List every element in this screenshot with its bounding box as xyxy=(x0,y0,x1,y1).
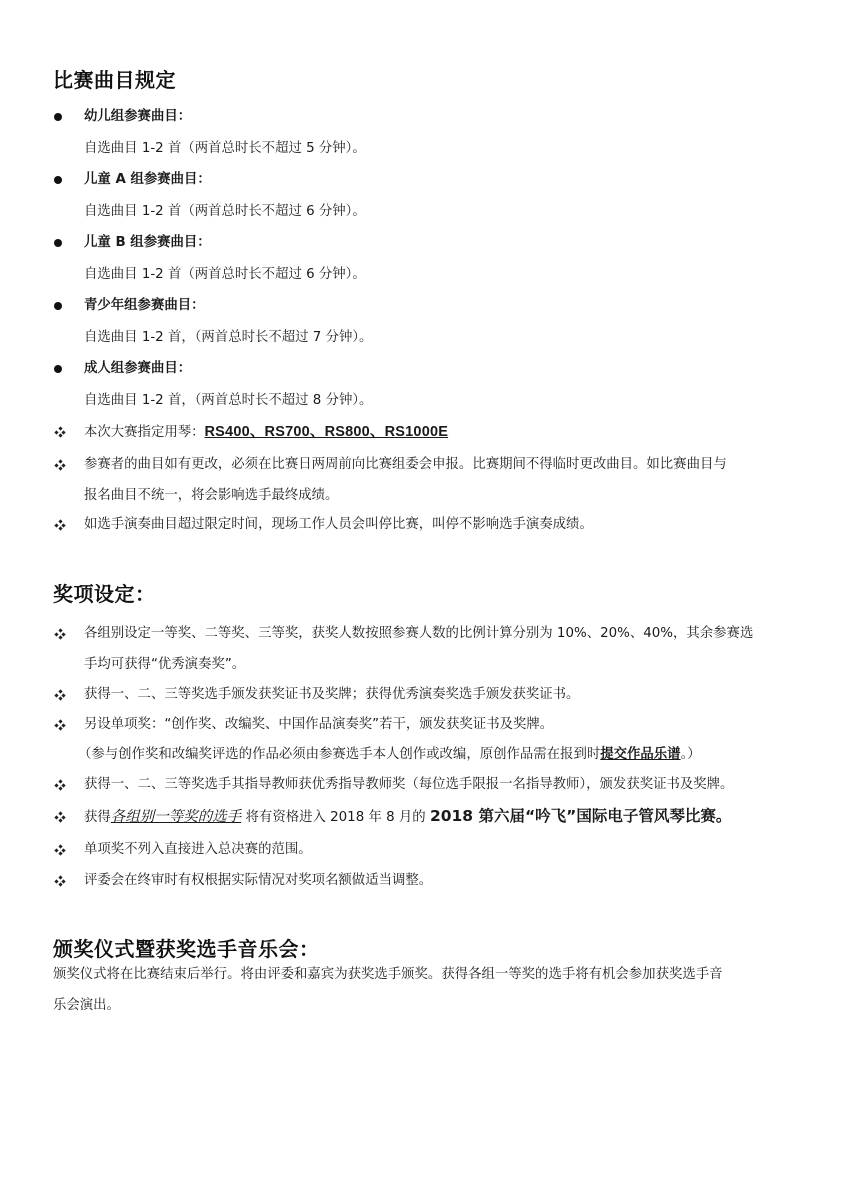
advance-emphasis: 各组别一等奖的选手 xyxy=(111,809,242,825)
bullet-dot-icon xyxy=(54,113,62,121)
bullet-dot-icon xyxy=(54,302,62,310)
group-rule-youth: 自选曲目 1-2 首，（两首总时长不超过 7 分钟）。 xyxy=(84,329,372,347)
group-label-children-a: 儿童 A 组参赛曲目： xyxy=(84,171,211,189)
award-no-direct: 单项奖不列入直接进入总决赛的范围。 xyxy=(84,841,312,859)
instrument-note: 本次大赛指定用琴：RS400、RS700、RS800、RS1000E xyxy=(84,423,448,442)
group-rule-adult: 自选曲目 1-2 首，（两首总时长不超过 8 分钟）。 xyxy=(84,392,372,410)
change-note-line2: 报名曲目不统一，将会影响选手最终成绩。 xyxy=(84,487,338,505)
group-label-adult: 成人组参赛曲目： xyxy=(84,360,191,378)
ceremony-line1: 颁奖仪式将在比赛结束后举行。将由评委和嘉宾为获奖选手颁奖。获得各组一等奖的选手将… xyxy=(53,966,723,984)
bullet-diamond-icon xyxy=(55,812,65,822)
section-title-repertoire: 比赛曲目规定 xyxy=(53,64,176,93)
group-rule-children-b: 自选曲目 1-2 首（两首总时长不超过 6 分钟）。 xyxy=(84,266,366,284)
bullet-diamond-icon xyxy=(55,845,65,855)
bullet-diamond-icon xyxy=(55,780,65,790)
section-title-awards: 奖项设定： xyxy=(53,578,156,607)
bullet-dot-icon xyxy=(54,365,62,373)
bullet-diamond-icon xyxy=(55,427,65,437)
award-ratio-line1: 各组别设定一等奖、二等奖、三等奖，获奖人数按照参赛人数的比例计算分别为 10%、… xyxy=(84,625,753,643)
overtime-note: 如选手演奏曲目超过限定时间，现场工作人员会叫停比赛，叫停不影响选手演奏成绩。 xyxy=(84,516,593,534)
bullet-dot-icon xyxy=(54,176,62,184)
award-adjust: 评委会在终审时有权根据实际情况对奖项名额做适当调整。 xyxy=(84,872,432,890)
bullet-diamond-icon xyxy=(55,520,65,530)
group-rule-preschool: 自选曲目 1-2 首（两首总时长不超过 5 分钟）。 xyxy=(84,140,366,158)
award-ratio-line2: 手均可获得“优秀演奏奖”。 xyxy=(84,656,245,674)
bullet-diamond-icon xyxy=(55,690,65,700)
special-note-suffix: 。） xyxy=(681,747,701,762)
group-label-children-b: 儿童 B 组参赛曲目： xyxy=(84,234,211,252)
award-certificates: 获得一、二、三等奖选手颁发获奖证书及奖牌；获得优秀演奏奖选手颁发获奖证书。 xyxy=(84,686,579,704)
group-label-preschool: 幼儿组参赛曲目： xyxy=(84,108,191,126)
section-title-ceremony: 颁奖仪式暨获奖选手音乐会： xyxy=(53,933,320,962)
bullet-diamond-icon xyxy=(55,460,65,470)
bullet-dot-icon xyxy=(54,239,62,247)
special-note-prefix: （参与创作奖和改编奖评选的作品必须由参赛选手本人创作或改编，原创作品需在报到时 xyxy=(78,747,600,762)
instrument-prefix: 本次大赛指定用琴： xyxy=(84,425,205,440)
group-label-youth: 青少年组参赛曲目： xyxy=(84,297,205,315)
award-special: 另设单项奖：“创作奖、改编奖、中国作品演奏奖”若干，颁发获奖证书及奖牌。 xyxy=(84,716,553,734)
instrument-models: RS400、RS700、RS800、RS1000E xyxy=(205,424,449,440)
bullet-diamond-icon xyxy=(55,876,65,886)
document-page: 比赛曲目规定 幼儿组参赛曲目： 自选曲目 1-2 首（两首总时长不超过 5 分钟… xyxy=(0,0,848,1200)
award-advance: 获得各组别一等奖的选手 将有资格进入 2018 年 8 月的 2018 第六届“… xyxy=(84,807,731,827)
group-rule-children-a: 自选曲目 1-2 首（两首总时长不超过 6 分钟）。 xyxy=(84,203,366,221)
submit-score-emphasis: 提交作品乐谱 xyxy=(600,747,680,762)
award-teacher: 获得一、二、三等奖选手其指导教师获优秀指导教师奖（每位选手限报一名指导教师），颁… xyxy=(84,776,733,794)
award-special-note: （参与创作奖和改编奖评选的作品必须由参赛选手本人创作或改编，原创作品需在报到时提… xyxy=(78,746,701,764)
advance-mid: 将有资格进入 2018 年 8 月的 xyxy=(241,810,430,825)
advance-competition-name: 2018 第六届“吟飞”国际电子管风琴比赛。 xyxy=(430,807,731,825)
advance-prefix: 获得 xyxy=(84,810,111,825)
bullet-diamond-icon xyxy=(55,629,65,639)
bullet-diamond-icon xyxy=(55,720,65,730)
change-note-line1: 参赛者的曲目如有更改，必须在比赛日两周前向比赛组委会申报。比赛期间不得临时更改曲… xyxy=(84,456,727,474)
ceremony-line2: 乐会演出。 xyxy=(53,997,120,1015)
